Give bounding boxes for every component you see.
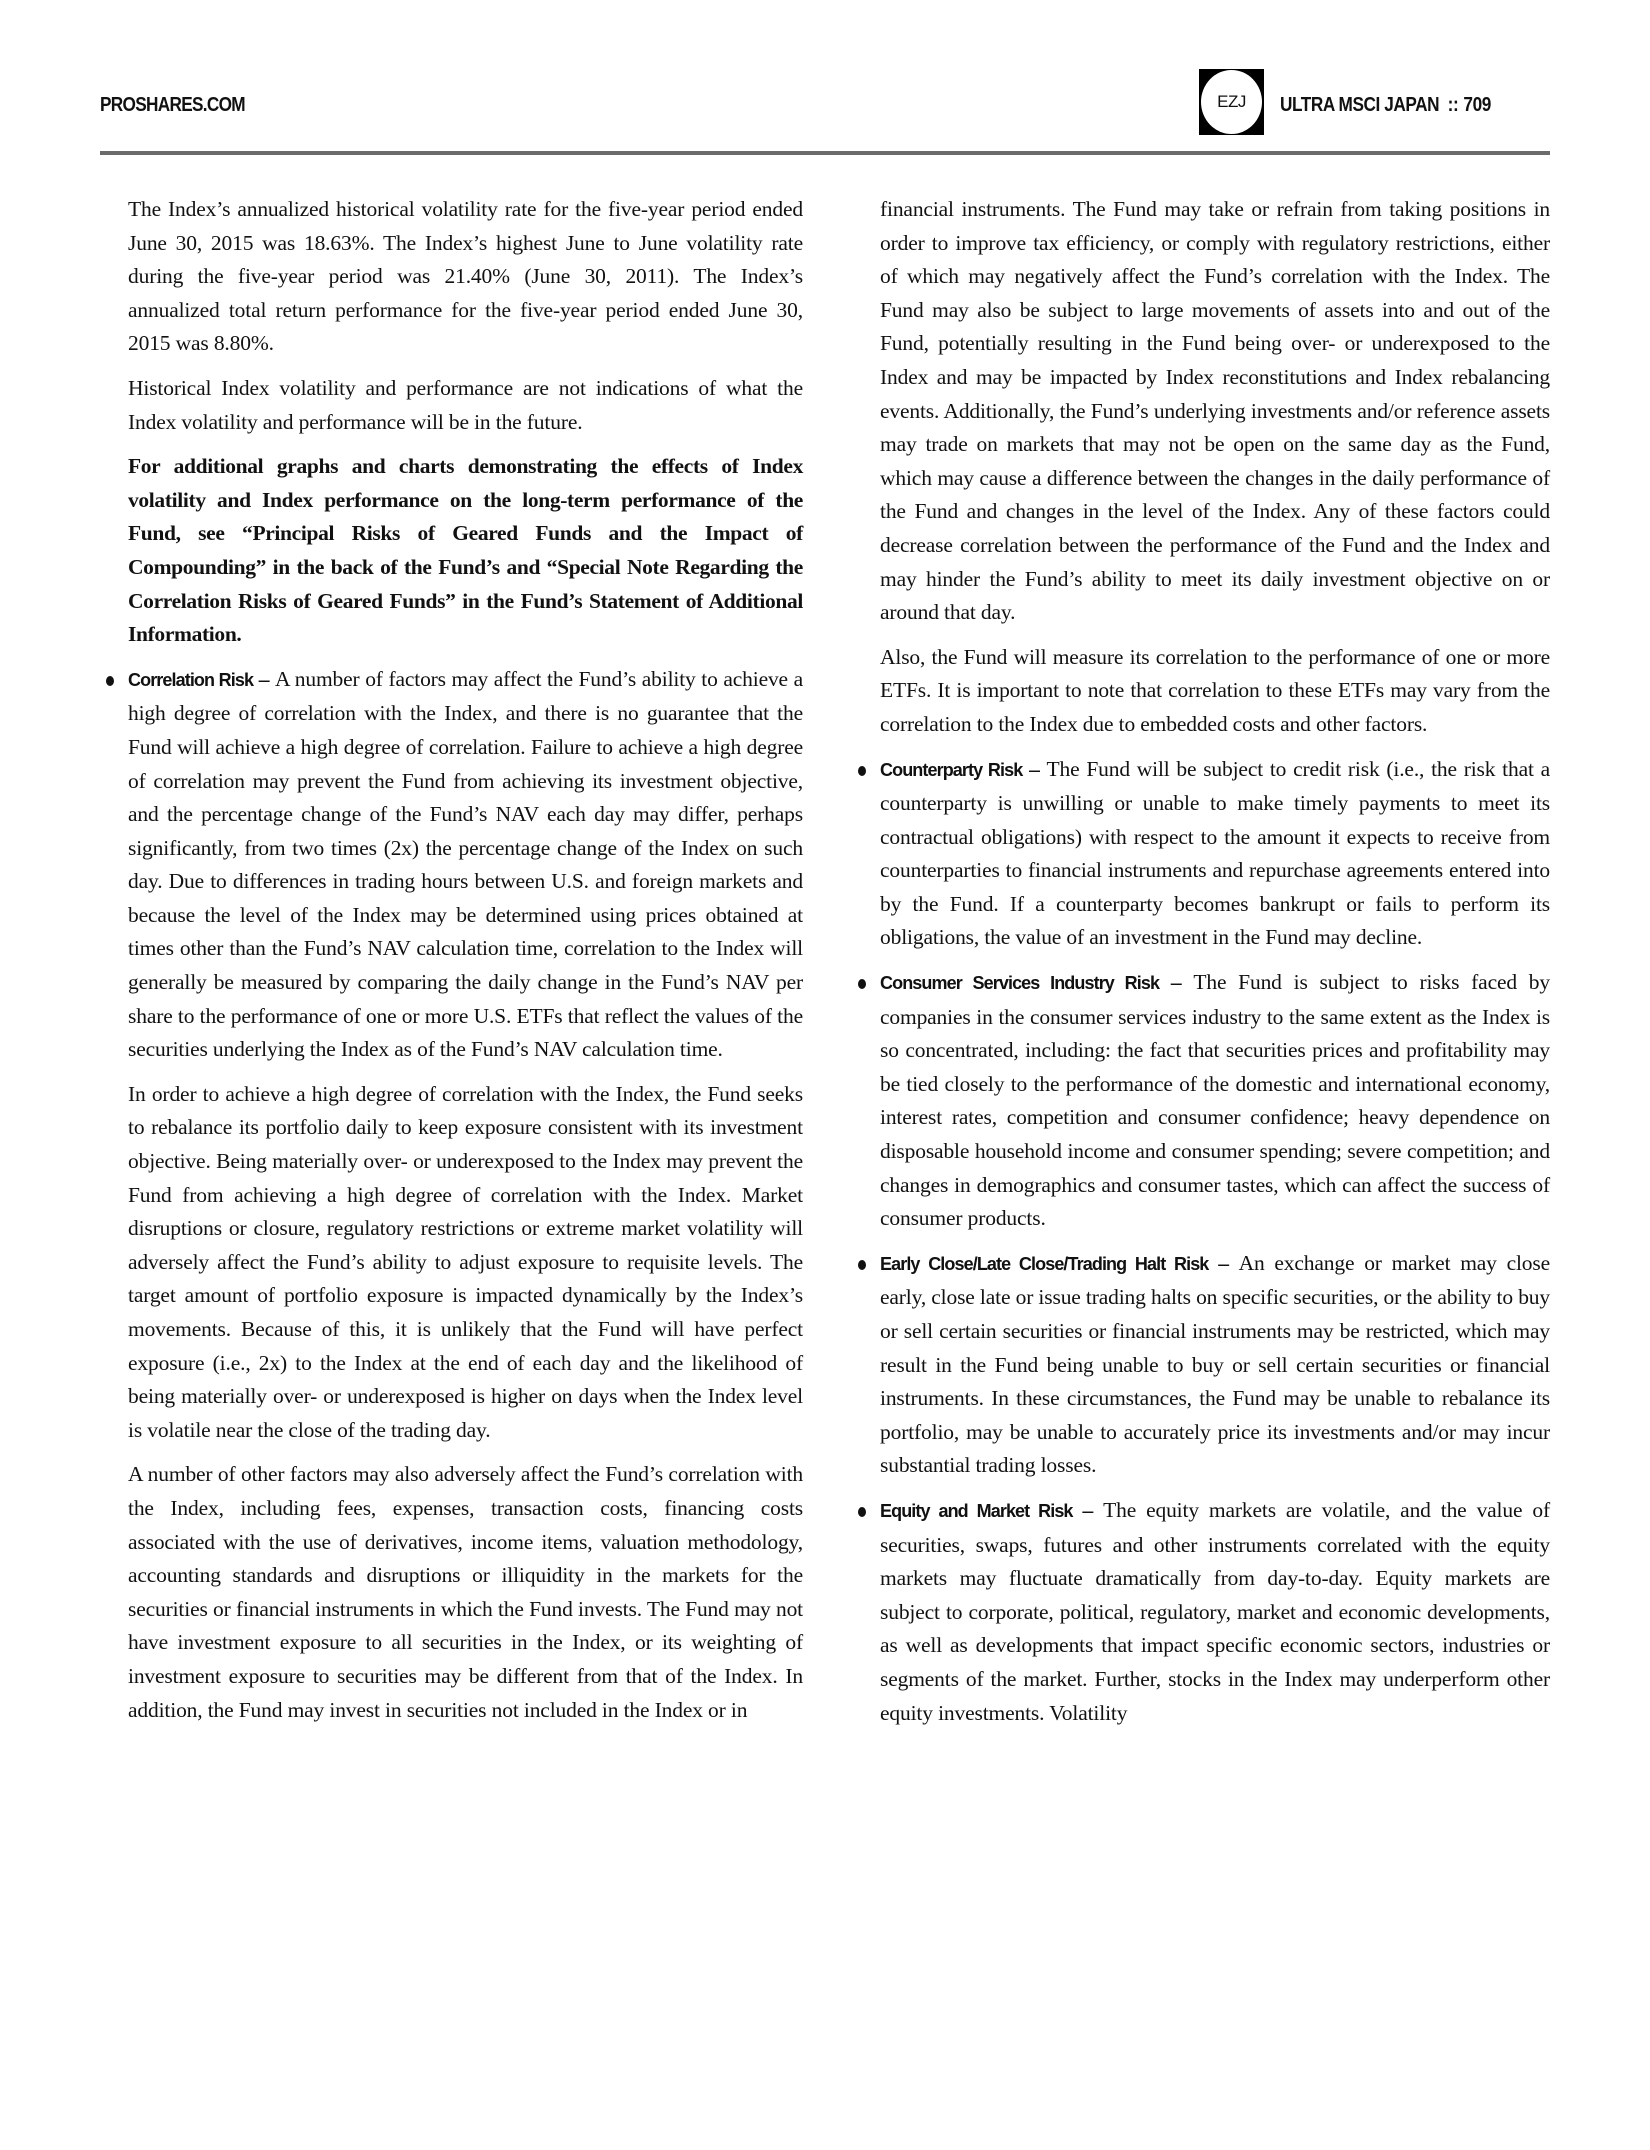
risk-item-trading-halt: Early Close/Late Close/Trading Halt Risk… [880,1247,1550,1483]
ticker-logo-icon: EZJ [1199,69,1264,135]
risk-dash: – [1073,1498,1104,1522]
volatility-paragraph: The Index’s annualized historical volati… [128,193,803,361]
risk-item-equity-market: Equity and Market Risk – The equity mark… [880,1494,1550,1730]
risk-title: Consumer Services Industry Risk [880,973,1159,993]
historical-disclaimer: Historical Index volatility and performa… [128,372,803,439]
risk-title: Early Close/Late Close/Trading Halt Risk [880,1254,1208,1274]
etf-correlation-paragraph: Also, the Fund will measure its correlat… [880,641,1550,742]
ticker-symbol: EZJ [1199,69,1264,135]
continued-paragraph: financial instruments. The Fund may take… [880,193,1550,630]
running-title: ULTRA MSCI JAPAN::709 [1280,94,1491,117]
risk-title: Counterparty Risk [880,760,1022,780]
risk-text: The Fund is subject to risks faced by co… [880,970,1550,1230]
risk-text: An exchange or market may close early, c… [880,1251,1550,1478]
page-header: PROSHARES.COM EZJ ULTRA MSCI JAPAN::709 [100,60,1550,155]
risk-item-correlation: Correlation Risk – A number of factors m… [128,663,803,1067]
risk-title: Correlation Risk [128,670,253,690]
page-number: 709 [1463,94,1490,116]
other-factors-paragraph: A number of other factors may also adver… [128,1458,803,1727]
risk-title: Equity and Market Risk [880,1501,1073,1521]
risk-text: The equity markets are volatile, and the… [880,1498,1550,1725]
risk-text: A number of factors may affect the Fund’… [128,667,803,1062]
header-divider [100,151,1550,155]
left-column: The Index’s annualized historical volati… [128,193,803,2150]
site-name: PROSHARES.COM [100,94,245,117]
risk-text: The Fund will be subject to credit risk … [880,757,1550,950]
title-separator: :: [1448,94,1459,116]
risk-item-consumer-services: Consumer Services Industry Risk – The Fu… [880,966,1550,1236]
risk-dash: – [1208,1251,1238,1275]
additional-charts-note: For additional graphs and charts demonst… [128,450,803,652]
risk-item-counterparty: Counterparty Risk – The Fund will be sub… [880,753,1550,956]
risk-dash: – [1159,970,1193,994]
risk-dash: – [253,667,275,691]
fund-name: ULTRA MSCI JAPAN [1280,94,1439,116]
rebalance-paragraph: In order to achieve a high degree of cor… [128,1078,803,1448]
right-column: financial instruments. The Fund may take… [880,193,1550,2150]
risk-dash: – [1022,757,1046,781]
